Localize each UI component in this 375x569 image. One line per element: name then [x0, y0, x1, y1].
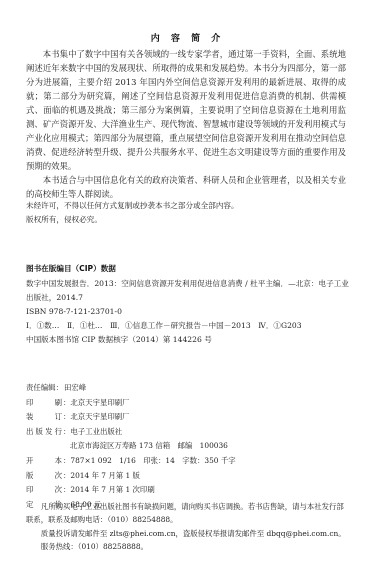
cip-entry: 数字中国发展报告．2013：空间信息资源开发利用促进信息消费 / 杜平主编．—北…	[26, 277, 351, 305]
imprint-printing: 印 次 ： 2014 年 7 月第 1 次印刷	[26, 483, 356, 498]
colon: ：	[63, 483, 70, 498]
binder-value: 北京天宇星印刷厂	[70, 410, 129, 425]
colon: ：	[63, 410, 70, 425]
publisher-notice: 凡所购买电子工业出版社图书有缺损问题，请向购买书店调换。若书店售缺，请与本社发行…	[26, 500, 346, 554]
edition-label: 版 次	[26, 469, 62, 484]
editor-value: 田宏峰	[64, 381, 86, 396]
imprint-address: 北京市海淀区万寿路 173 信箱 邮编 100036	[26, 439, 356, 454]
binder-label: 装 订	[26, 410, 62, 425]
printer-label: 印 刷	[26, 396, 62, 411]
imprint-edition: 版 次 ： 2014 年 7 月第 1 版	[26, 469, 356, 484]
defect-notice: 凡所购买电子工业出版社图书有缺损问题，请向购买书店调换。若书店售缺，请与本社发行…	[26, 500, 346, 527]
cip-heading: 图书在版编目（CIP）数据	[26, 263, 116, 274]
edition-value: 2014 年 7 月第 1 版	[70, 469, 140, 484]
colon: ：	[63, 396, 70, 411]
imprint-binder: 装 订 ： 北京天宇星印刷厂	[26, 410, 356, 425]
publisher-value: 电子工业出版社	[70, 425, 122, 440]
imprint-printer: 印 刷 ： 北京天宇星印刷厂	[26, 396, 356, 411]
cip-classification: Ⅰ．①数… Ⅱ．①杜… Ⅲ．①信息工作－研究报告－中国－2013 Ⅳ．①G203	[26, 319, 351, 333]
complaint-notice: 质量投诉请发邮件至 zlts@phei.com.cn，盗版侵权举报请发邮件至 d…	[26, 527, 346, 540]
no-copy-notice: 未经许可，不得以任何方式复制或抄袭本书之部分或全部内容。	[26, 199, 346, 213]
colon: ：	[63, 425, 70, 440]
summary-paragraph: 本书适合与中国信息化有关的政府决策者、科研人员和企业管理者，以及相关专业的高校师…	[26, 173, 346, 201]
colon: ：	[63, 454, 70, 469]
address-value: 北京市海淀区万寿路 173 信箱 邮编 100036	[62, 439, 228, 454]
page-title: 内 容 简 介	[0, 31, 375, 44]
colon: ：	[63, 469, 70, 484]
cip-number: 中国版本图书馆 CIP 数据核字（2014）第 144226 号	[26, 333, 351, 347]
publisher-label: 出版发行	[26, 425, 62, 440]
cip-data: 数字中国发展报告．2013：空间信息资源开发利用促进信息消费 / 杜平主编．—北…	[26, 277, 351, 347]
imprint-block: 责任编辑： 田宏峰 印 刷 ： 北京天宇星印刷厂 装 订 ： 北京天宇星印刷厂 …	[26, 381, 356, 512]
imprint-format: 开 本 ： 787×1 092 1/16 印张：14 字数：350 千字	[26, 454, 356, 469]
content-summary: 本书集中了数字中国有关各领域的一线专家学者，通过第一手资料，全面、系统地阐述近年…	[26, 47, 346, 201]
format-label: 开 本	[26, 454, 62, 469]
imprint-publisher: 出版发行 ： 电子工业出版社	[26, 425, 356, 440]
imprint-editor: 责任编辑： 田宏峰	[26, 381, 356, 396]
printing-label: 印 次	[26, 483, 62, 498]
copyright-page: 内 容 简 介 本书集中了数字中国有关各领域的一线专家学者，通过第一手资料，全面…	[0, 0, 375, 569]
printing-value: 2014 年 7 月第 1 次印刷	[70, 483, 154, 498]
rights-notice: 未经许可，不得以任何方式复制或抄袭本书之部分或全部内容。 版权所有，侵权必究。	[26, 199, 346, 227]
all-rights-reserved: 版权所有，侵权必究。	[26, 213, 346, 227]
summary-paragraph: 本书集中了数字中国有关各领域的一线专家学者，通过第一手资料，全面、系统地阐述近年…	[26, 47, 346, 173]
printer-value: 北京天宇星印刷厂	[70, 396, 129, 411]
service-hotline: 服务热线：（010）88258888。	[26, 540, 346, 553]
editor-label: 责任编辑：	[26, 381, 63, 396]
format-value: 787×1 092 1/16 印张：14 字数：350 千字	[70, 454, 235, 469]
isbn: ISBN 978-7-121-23701-0	[26, 305, 351, 319]
